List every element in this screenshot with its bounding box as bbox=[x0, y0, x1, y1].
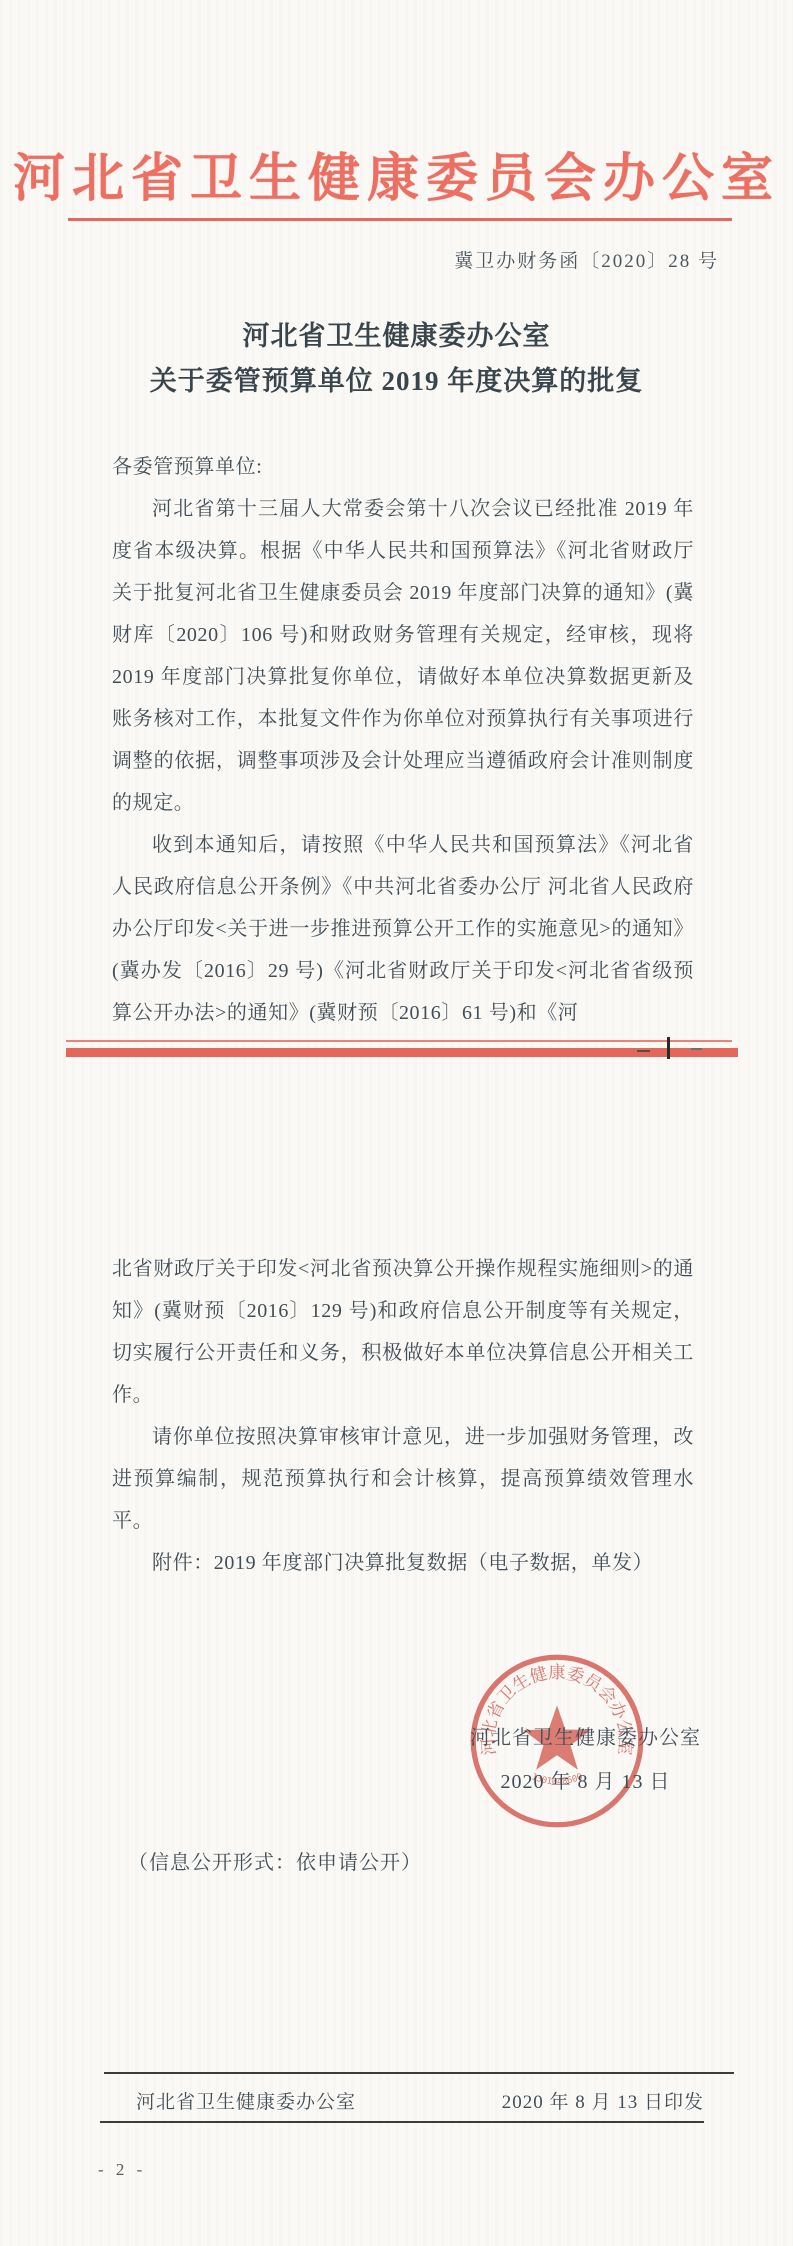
page-break-artifact-mark bbox=[667, 1037, 670, 1059]
paragraph-1: 河北省第十三届人大常委会第十八次会议已经批准 2019 年度省本级决算。根据《中… bbox=[112, 488, 694, 824]
page-break-rule-thin bbox=[66, 1040, 732, 1042]
page-break-artifact-dash-right bbox=[691, 1048, 702, 1050]
signer-name: 河北省卫生健康委办公室 bbox=[470, 1716, 701, 1760]
info-disclosure: （信息公开形式：依申请公开） bbox=[128, 1846, 422, 1875]
page-number: - 2 - bbox=[98, 2160, 146, 2180]
footer-print-date: 2020 年 8 月 13 日印发 bbox=[502, 2087, 704, 2114]
sign-date: 2020 年 8 月 13 日 bbox=[470, 1760, 701, 1804]
document-title-line2: 关于委管预算单位 2019 年度决算的批复 bbox=[0, 359, 793, 404]
document-page: 河北省卫生健康委员会办公室 冀卫办财务函〔2020〕28 号 河北省卫生健康委办… bbox=[0, 0, 793, 2246]
document-title: 河北省卫生健康委办公室 关于委管预算单位 2019 年度决算的批复 bbox=[0, 314, 793, 404]
attachment-line: 附件：2019 年度部门决算批复数据（电子数据，单发） bbox=[112, 1542, 694, 1584]
masthead-title: 河北省卫生健康委员会办公室 bbox=[0, 136, 793, 211]
doc-number: 冀卫办财务函〔2020〕28 号 bbox=[454, 246, 719, 273]
page-break-artifact-dash-left bbox=[637, 1050, 650, 1052]
paragraph-2-part1: 收到本通知后，请按照《中华人民共和国预算法》《河北省人民政府信息公开条例》《中共… bbox=[112, 824, 694, 1034]
masthead-rule bbox=[68, 218, 732, 221]
footer-row: 河北省卫生健康委办公室 2020 年 8 月 13 日印发 bbox=[104, 2082, 734, 2118]
salutation: 各委管预算单位: bbox=[112, 446, 694, 488]
footer-rule-top bbox=[104, 2072, 734, 2074]
paragraph-2-part2: 北省财政厅关于印发<河北省预决算公开操作规程实施细则>的通知》(冀财预〔2016… bbox=[112, 1248, 694, 1416]
document-title-line1: 河北省卫生健康委办公室 bbox=[0, 314, 793, 359]
footer-org: 河北省卫生健康委办公室 bbox=[136, 2087, 356, 2114]
body-page1: 各委管预算单位: 河北省第十三届人大常委会第十八次会议已经批准 2019 年度省… bbox=[112, 446, 694, 1034]
paragraph-3: 请你单位按照决算审核审计意见，进一步加强财务管理，改进预算编制，规范预算执行和会… bbox=[112, 1416, 694, 1542]
footer-rule-bottom bbox=[100, 2121, 704, 2123]
body-page2: 北省财政厅关于印发<河北省预决算公开操作规程实施细则>的通知》(冀财预〔2016… bbox=[112, 1248, 694, 1584]
signature-block: 河北省卫生健康委办公室 2020 年 8 月 13 日 bbox=[470, 1716, 701, 1804]
